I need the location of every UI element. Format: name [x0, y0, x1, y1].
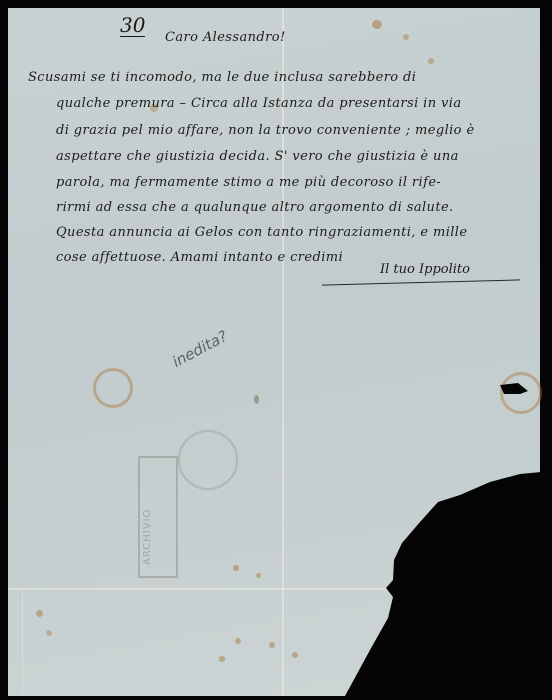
letter-line: cose affettuose. Amami intanto e credimi	[56, 250, 343, 265]
signature: Il tuo Ippolito	[380, 262, 470, 277]
archive-stamp-text: ARCHIVIO	[142, 509, 153, 565]
letter-line: Questa annuncia ai Gelos con tanto ringr…	[56, 225, 467, 240]
letter-line: qualche premura – Circa alla Istanza da …	[56, 96, 462, 111]
letter-greeting: Caro Alessandro!	[165, 30, 286, 45]
letter-line: parola, ma fermamente stimo a me più dec…	[56, 175, 441, 190]
letter-line: di grazia pel mio affare, non la trovo c…	[56, 123, 475, 138]
faded-postmark	[178, 430, 238, 490]
letter-line: rirmi ad essa che a qualunque altro argo…	[56, 200, 454, 215]
letter-line: Scusami se ti incomodo, ma le due inclus…	[28, 70, 416, 85]
page-number: 30	[120, 14, 145, 37]
letter-line: aspettare che giustizia decida. S' vero …	[56, 149, 459, 164]
